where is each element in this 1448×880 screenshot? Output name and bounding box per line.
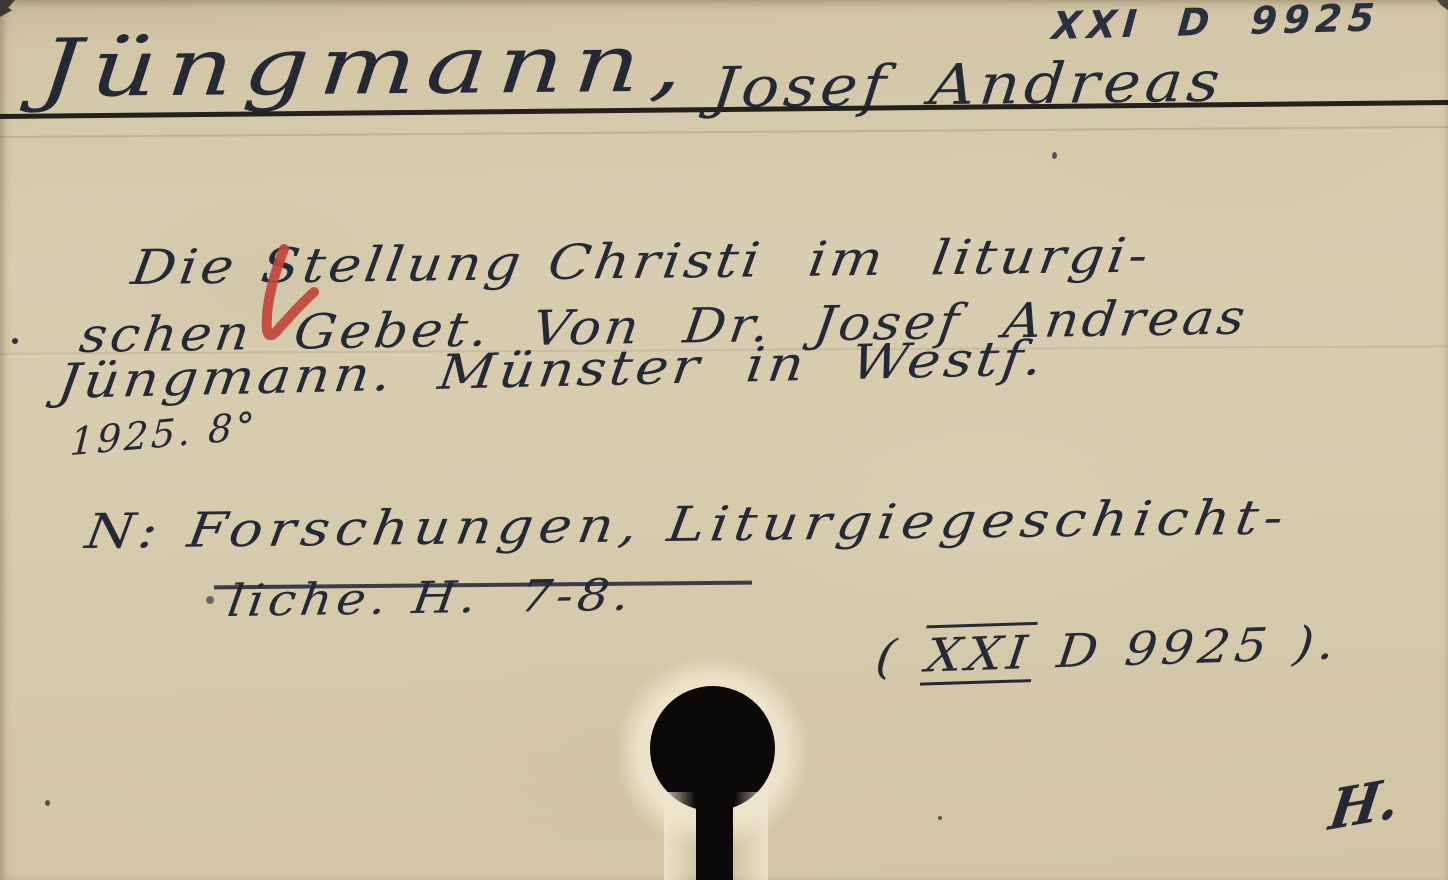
shelfmark-close-paren: ). <box>1291 615 1342 671</box>
punch-slot <box>696 788 733 880</box>
series-note-line-1: N:Forschungen,Liturgiegeschicht- <box>82 489 1293 560</box>
series-title-rest: Liturgiegeschicht- <box>664 489 1293 553</box>
corner-speck <box>1437 0 1448 10</box>
ink-dot <box>206 596 214 604</box>
imprint-year-format: 1925. 8° <box>69 403 259 464</box>
ink-dot <box>1052 152 1057 159</box>
series-label: N: <box>82 503 167 560</box>
title-word: Die <box>128 239 241 296</box>
series-title: Forschungen, <box>184 497 647 559</box>
series-continuation: liche. <box>224 573 394 627</box>
shelfmark-number: 9925 <box>1122 617 1275 676</box>
ink-dot <box>12 338 18 344</box>
corner-speck <box>0 0 15 17</box>
librarian-monogram: H. <box>1325 765 1403 844</box>
paper-speck <box>938 816 942 820</box>
paper-speck <box>45 800 50 806</box>
title-word: Christi im liturgi- <box>545 228 1155 291</box>
series-note-line-2: liche.H. 7-8. <box>224 570 637 627</box>
catalog-card: XXI D 9925 Jüngmann, Josef Andreas DieSt… <box>0 0 1448 880</box>
series-issue: H. 7-8. <box>409 570 637 625</box>
shelfmark: (XXID9925). <box>873 615 1342 684</box>
shelfmark-open-paren: ( <box>873 629 903 684</box>
call-number: XXI D 9925 <box>1050 0 1382 48</box>
shelfmark-roman-numeral: XXI <box>919 622 1038 686</box>
red-checkmark-icon <box>238 244 324 340</box>
heading-surname: Jüngmann, <box>36 17 696 115</box>
shelfmark-letter: D <box>1054 623 1105 679</box>
paper-crease <box>0 126 1448 138</box>
